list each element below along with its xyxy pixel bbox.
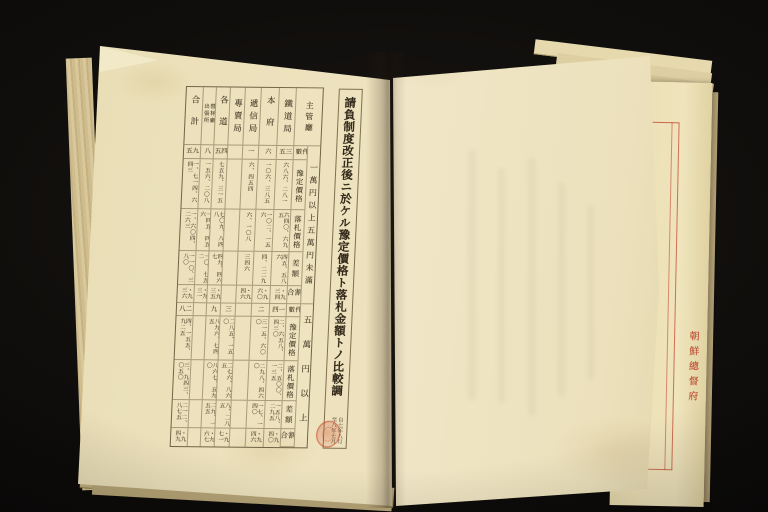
data-cell: 三四六 xyxy=(237,252,255,286)
data-cell: ・九四六 xyxy=(246,429,265,447)
data-cell: 二九、一五五 xyxy=(201,400,216,428)
corner-header-cell: 主管廳 xyxy=(294,88,323,146)
data-cell: 三五 xyxy=(277,146,295,160)
cell-text: 四、一五五、九二五 xyxy=(177,318,190,359)
data-cell: 六 xyxy=(259,146,278,160)
data-cell: 一〇六、三八五 xyxy=(256,160,276,210)
data-cell: ・九六〇 xyxy=(252,286,271,304)
cell-text: 二九、一五五 xyxy=(202,402,214,427)
show-through-mark xyxy=(498,168,505,403)
data-cell: ・九三一 xyxy=(194,285,208,303)
cell-text: 四、二二九 xyxy=(259,254,266,284)
cell-text: 二一二、八七五 xyxy=(174,402,186,427)
data-cell: ・九四九 xyxy=(171,428,189,446)
data-cell: 四五、五八六 xyxy=(271,252,290,286)
show-through-mark xyxy=(588,205,594,380)
cell-text: 一、七一四、六四三 xyxy=(184,161,197,208)
cell-text: 一五六、二〇八 xyxy=(202,161,209,203)
cell-text: 七〇九、八四八 xyxy=(210,211,223,250)
cell-text: ・九三五 xyxy=(208,287,220,302)
cell-text: 合計 xyxy=(188,95,199,138)
data-cell: 八、二八五 xyxy=(215,400,231,428)
cell-text: 遞信局 xyxy=(247,98,258,136)
data-cell: 二、六五八、四三〇 xyxy=(268,317,287,361)
cell-text: 一〇二、一五六 xyxy=(257,212,270,251)
data-cell: 一 xyxy=(243,146,260,160)
cell-text: 差額 xyxy=(284,405,293,426)
cell-text: 營林廠出張所 xyxy=(202,103,215,130)
show-through-mark xyxy=(528,158,536,416)
cell-text: 二七六、八六五 xyxy=(218,362,231,399)
data-cell: 四、一五五、九二五 xyxy=(175,316,194,360)
cell-text: 九 xyxy=(210,305,217,312)
table-area: 合計營林廠出張所各道專賣局遞信局本府鐵道局主管廳件數九五八四五一六三五豫定價格一… xyxy=(169,86,368,454)
cell-text: 一萬円以上五萬円未滿 xyxy=(304,163,318,288)
cell-text: 件數 xyxy=(287,306,301,316)
cell-text: 四五 xyxy=(214,147,227,158)
cell-text: 八、二八五 xyxy=(217,402,229,427)
price-table: 合計營林廠出張所各道專賣局遞信局本府鐵道局主管廳件數九五八四五一六三五豫定價格一… xyxy=(170,86,324,448)
data-cell: ・九三四 xyxy=(270,286,288,304)
cell-text: 一〇、七五二 xyxy=(195,253,208,284)
cell-text: 一四 xyxy=(271,306,284,316)
data-cell: 二一二、八七五 xyxy=(171,400,189,428)
data-cell xyxy=(222,251,239,285)
cell-text: 一 xyxy=(247,148,254,155)
cell-text: 二 xyxy=(257,306,264,313)
cell-text: 六、一〇八 xyxy=(244,212,251,242)
cell-text: 二八五、一五〇 xyxy=(220,318,233,359)
data-cell xyxy=(228,145,244,159)
cell-text: 各道 xyxy=(217,95,228,138)
data-cell: 二八 xyxy=(177,303,195,316)
data-cell: 六四〇、六九五 xyxy=(272,210,291,252)
data-cell: 一、六〇四、二六三 xyxy=(180,209,199,251)
cell-text: 割合 xyxy=(281,431,296,446)
cell-text: 八六七、五九〇 xyxy=(204,362,217,399)
ruled-page-publisher-text: 朝鮮總督府 xyxy=(684,331,701,406)
cell-text: 四五、五八六 xyxy=(273,254,286,285)
data-cell: 一四 xyxy=(270,304,288,317)
cell-text: 三四六 xyxy=(242,254,248,272)
data-cell: ・九六七 xyxy=(201,428,216,446)
photo-scene: 朝鮮總督府 合計營林廠出張所各道專賣局遞信局本府鐵道局主管廳件數九五八四五一六三… xyxy=(0,0,768,512)
data-cell: 一〇二、一五六 xyxy=(254,210,274,252)
cell-text: 九五 xyxy=(185,147,198,158)
measure-label-cell: 割合 xyxy=(287,286,302,304)
data-cell xyxy=(236,304,253,317)
cell-text: 六八六、二八一 xyxy=(280,162,287,204)
data-cell: ・九四〇 xyxy=(264,429,282,447)
cell-text: 三 xyxy=(224,305,231,312)
cell-text: 一七、一四〇 xyxy=(249,403,261,428)
data-cell: 九五 xyxy=(184,145,202,159)
cell-text: ・九三四 xyxy=(273,288,285,303)
cell-text: 二、六五八、四三〇 xyxy=(270,319,283,360)
cell-text: 二、五〇〇、一三五 xyxy=(268,363,281,400)
data-cell: 四、二二九 xyxy=(253,252,273,286)
cell-text: 主管廳 xyxy=(304,101,314,134)
data-cell xyxy=(194,303,208,316)
cell-text: 三、九四三、〇五〇 xyxy=(175,362,188,399)
measure-label-cell: 割合 xyxy=(281,429,296,447)
data-cell: 三、九四三、〇五〇 xyxy=(173,360,192,400)
data-cell: 一七、一四〇 xyxy=(246,401,265,429)
data-cell: 三一五、六〇〇 xyxy=(250,317,270,361)
data-cell: ・九四六 xyxy=(236,286,253,304)
data-cell: 三 xyxy=(221,303,237,316)
data-cell: 九 xyxy=(207,303,222,316)
cell-text: ・九三六 xyxy=(180,287,192,302)
cell-text: ・九六七 xyxy=(202,430,214,446)
book-gutter xyxy=(366,52,406,508)
cell-text: 七五九、三一五 xyxy=(215,161,222,203)
measure-label-cell: 件數 xyxy=(287,304,302,317)
cell-text: 五萬円以上 xyxy=(297,316,311,439)
cell-text: 豫定價格 xyxy=(294,169,303,203)
cell-text: 落札價格 xyxy=(285,365,294,399)
data-cell: 六八六、二八一 xyxy=(274,160,293,210)
cell-text: 專賣局 xyxy=(231,98,242,136)
data-cell: 八 xyxy=(201,145,215,159)
cell-text: ・九六〇 xyxy=(255,288,267,303)
cell-text: 落札價格 xyxy=(292,215,301,249)
cell-text: 一五八、二九五 xyxy=(267,403,279,428)
cell-text: 鐵道局 xyxy=(281,99,292,137)
cell-text: ・九四六 xyxy=(238,288,250,303)
cell-text: 件數 xyxy=(294,148,308,159)
cell-text: 六四〇、六九五 xyxy=(275,212,288,251)
cell-text: ・九三一 xyxy=(195,287,207,302)
cell-text: 八 xyxy=(204,147,211,154)
data-cell xyxy=(221,285,237,303)
measure-label-cell: 件數 xyxy=(294,146,309,160)
data-cell: 一五八、二九五 xyxy=(264,401,282,429)
cell-text: 六、四五四 xyxy=(246,162,253,192)
data-cell: 二九八、四六〇 xyxy=(248,361,268,401)
cell-text: 差額 xyxy=(291,259,300,280)
show-through-mark xyxy=(468,150,476,400)
cell-text: 一四五、四五六 xyxy=(197,211,210,250)
data-cell xyxy=(188,428,202,446)
cell-text: 六 xyxy=(264,148,271,155)
cell-text: ・九七一 xyxy=(216,430,228,446)
cell-text: ・九四〇 xyxy=(266,431,278,447)
cell-text: 二八 xyxy=(178,305,191,315)
data-cell xyxy=(230,429,247,447)
data-cell: 四五 xyxy=(214,145,229,159)
data-cell xyxy=(188,400,202,428)
cell-text: 一、六〇四、二六三 xyxy=(182,211,195,250)
data-cell: ・九三五 xyxy=(207,285,222,303)
data-cell xyxy=(230,401,247,429)
cell-text: 三五 xyxy=(278,148,291,159)
show-through-mark xyxy=(558,182,565,397)
cell-text: ・九四六 xyxy=(249,431,261,447)
cell-text: 一〇六、三八五 xyxy=(262,162,269,204)
cell-text: 四九、四六七 xyxy=(209,253,222,284)
data-cell: 六、一〇八 xyxy=(238,210,256,252)
cell-text: 三一五、六〇〇 xyxy=(252,319,265,360)
cell-text: 一一〇、三八〇 xyxy=(180,253,193,284)
cell-text: 本府 xyxy=(264,96,275,139)
data-cell: 二、五〇〇、一三五 xyxy=(266,361,285,401)
data-cell xyxy=(232,361,250,401)
data-cell: 一一〇、三八〇 xyxy=(178,251,197,285)
data-cell: ・九三六 xyxy=(177,285,195,303)
cell-text: 割合 xyxy=(287,288,302,303)
cell-text: ・九四九 xyxy=(173,430,185,446)
cell-text: 二九八、四六〇 xyxy=(251,363,264,400)
data-cell: ・九七一 xyxy=(215,428,231,446)
document-title: 請負制度改正後ニ於ケル豫定價格ト落札金額トノ比較調 xyxy=(331,97,357,397)
measure-label-cell: 差額 xyxy=(281,401,296,429)
cell-text: 八九六、七四五 xyxy=(206,318,219,359)
cell-text: 豫定價格 xyxy=(287,323,296,357)
data-cell: 二 xyxy=(252,304,271,317)
